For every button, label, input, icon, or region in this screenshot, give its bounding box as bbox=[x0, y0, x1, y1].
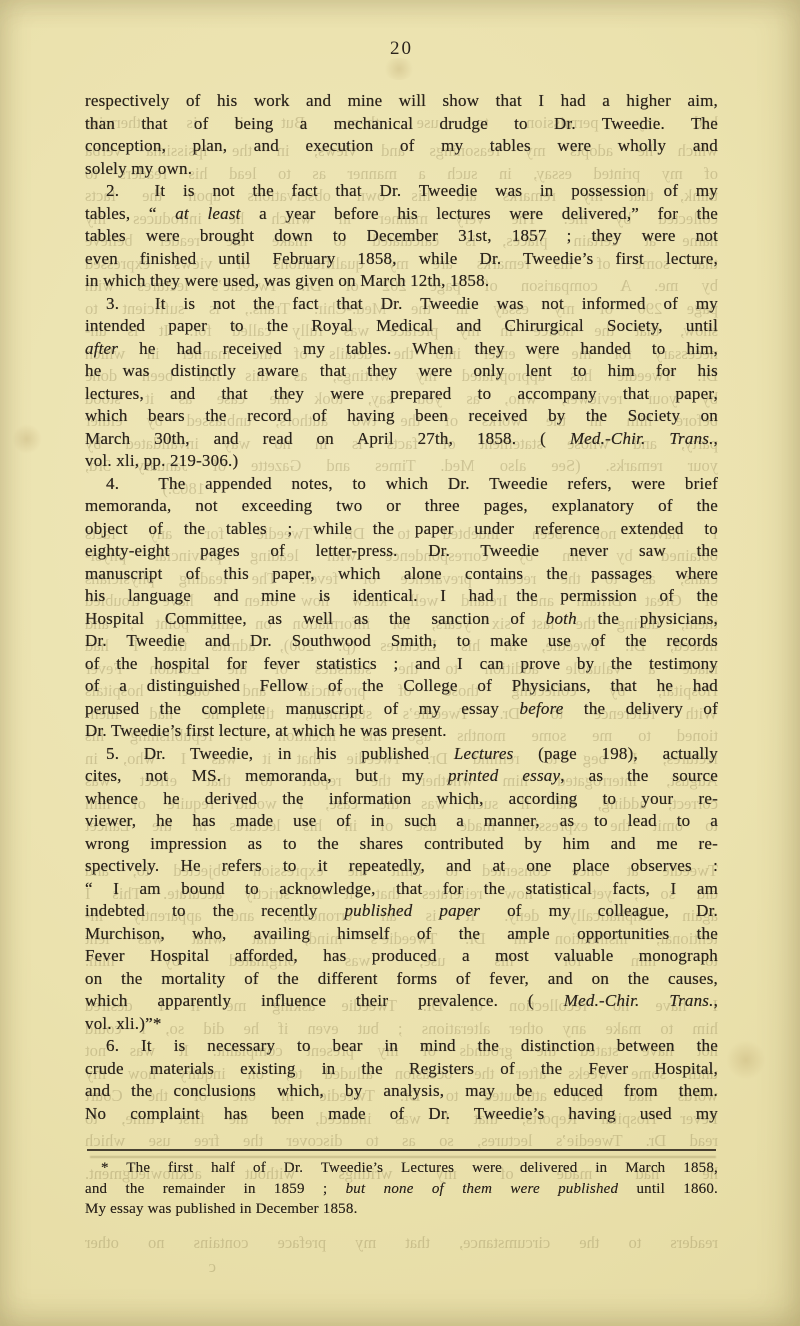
text-line: after he had received my tables. When th… bbox=[85, 338, 718, 361]
text-line: Hospital Committee, as well as the sanct… bbox=[85, 608, 718, 631]
text-line: on the mortality of the different forms … bbox=[85, 968, 718, 991]
text-line: crude materials existing in the Register… bbox=[85, 1058, 718, 1081]
text-line: whence he derived the information which,… bbox=[85, 788, 718, 811]
text-line: Dr. Tweedie’s first lecture, at which he… bbox=[85, 720, 718, 743]
text-line: spectively. He refers to it repeatedly, … bbox=[85, 855, 718, 878]
foxing-spot bbox=[726, 1040, 766, 1080]
text-line: “ I am bound to acknowledge, that for th… bbox=[85, 878, 718, 901]
text-line: of the hospital for fever statistics ; a… bbox=[85, 653, 718, 676]
paragraph: 6. It is necessary to bear in mind the d… bbox=[85, 1035, 718, 1125]
text-line: March 30th, and read on April 27th, 1858… bbox=[85, 428, 718, 451]
text-line: 6. It is necessary to bear in mind the d… bbox=[85, 1035, 718, 1058]
text-line: No complaint has been made of Dr. Tweedi… bbox=[85, 1103, 718, 1126]
text-line: lectures, and that they were prepared to… bbox=[85, 383, 718, 406]
foxing-spot bbox=[382, 58, 416, 80]
text-line: than that of being a mechanical drudge t… bbox=[85, 113, 718, 136]
text-line: of a distinguished Fellow of the College… bbox=[85, 675, 718, 698]
showthrough-line: c bbox=[176, 1256, 216, 1278]
text-line: * The first half of Dr. Tweedie’s Lectur… bbox=[85, 1158, 718, 1179]
text-line: which apparently influence their prevale… bbox=[85, 990, 718, 1013]
text-line: 5. Dr. Tweedie, in his published Lecture… bbox=[85, 743, 718, 766]
showthrough-line: readers to the circumstance, that my pre… bbox=[85, 1232, 718, 1254]
text-line: manuscript of this paper, which alone co… bbox=[85, 563, 718, 586]
text-line: memoranda, not exceeding two or three pa… bbox=[85, 495, 718, 518]
paragraph: 4. The appended notes, to which Dr. Twee… bbox=[85, 473, 718, 743]
text-line: eighty-eight pages of letter-press. Dr. … bbox=[85, 540, 718, 563]
text-line: vol. xli.)”* bbox=[85, 1013, 718, 1036]
paragraph: 2. It is not the fact that Dr. Tweedie w… bbox=[85, 180, 718, 293]
text-line: 3. It is not the fact that Dr. Tweedie w… bbox=[85, 293, 718, 316]
paragraph: 3. It is not the fact that Dr. Tweedie w… bbox=[85, 293, 718, 473]
text-line: Murchison, who, availing himself of the … bbox=[85, 923, 718, 946]
text-line: he was distinctly aware that they were o… bbox=[85, 360, 718, 383]
body-text: respectively of his work and mine will s… bbox=[85, 90, 718, 1125]
text-line: conception, plan, and execution of my ta… bbox=[85, 135, 718, 158]
paragraph: respectively of his work and mine will s… bbox=[85, 90, 718, 180]
text-line: perused the complete manuscript of my es… bbox=[85, 698, 718, 721]
text-line: solely my own. bbox=[85, 158, 718, 181]
text-line: Dr. Tweedie and Dr. Southwood Smith, to … bbox=[85, 630, 718, 653]
page-number: 20 bbox=[85, 38, 718, 60]
text-line: cites, not MS. memoranda, but my printed… bbox=[85, 765, 718, 788]
text-line: Fever Hospital afforded, has produced a … bbox=[85, 945, 718, 968]
text-line: indebted to the recently published paper… bbox=[85, 900, 718, 923]
text-line: 4. The appended notes, to which Dr. Twee… bbox=[85, 473, 718, 496]
paragraph: 5. Dr. Tweedie, in his published Lecture… bbox=[85, 743, 718, 1036]
text-line: My essay was published in December 1858. bbox=[85, 1199, 718, 1220]
text-line: even finished until February 1858, while… bbox=[85, 248, 718, 271]
book-page: had my permission to use them. But it is… bbox=[0, 0, 800, 1326]
text-line: wrong impression as to the shares contri… bbox=[85, 833, 718, 856]
text-line: his language and mine is identical. I ha… bbox=[85, 585, 718, 608]
text-line: viewer, he has made use of in such a man… bbox=[85, 810, 718, 833]
text-line: tables, “ at least a year before his lec… bbox=[85, 203, 718, 226]
text-line: respectively of his work and mine will s… bbox=[85, 90, 718, 113]
text-line: vol. xli, pp. 219-306.) bbox=[85, 450, 718, 473]
text-line: and the remainder in 1859 ; but none of … bbox=[85, 1179, 718, 1200]
footnote: * The first half of Dr. Tweedie’s Lectur… bbox=[85, 1158, 718, 1220]
foxing-spot bbox=[12, 424, 42, 454]
text-line: which bears the record of having been re… bbox=[85, 405, 718, 428]
text-line: 2. It is not the fact that Dr. Tweedie w… bbox=[85, 180, 718, 203]
paragraph: * The first half of Dr. Tweedie’s Lectur… bbox=[85, 1158, 718, 1220]
text-line: object of the tables ; while the paper u… bbox=[85, 518, 718, 541]
text-line: intended paper to the Royal Medical and … bbox=[85, 315, 718, 338]
footnote-separator-rule bbox=[87, 1149, 716, 1151]
text-line: and the conclusions which, by analysis, … bbox=[85, 1080, 718, 1103]
text-line: in which they were used, was given on Ma… bbox=[85, 270, 718, 293]
text-line: tables were brought down to December 31s… bbox=[85, 225, 718, 248]
